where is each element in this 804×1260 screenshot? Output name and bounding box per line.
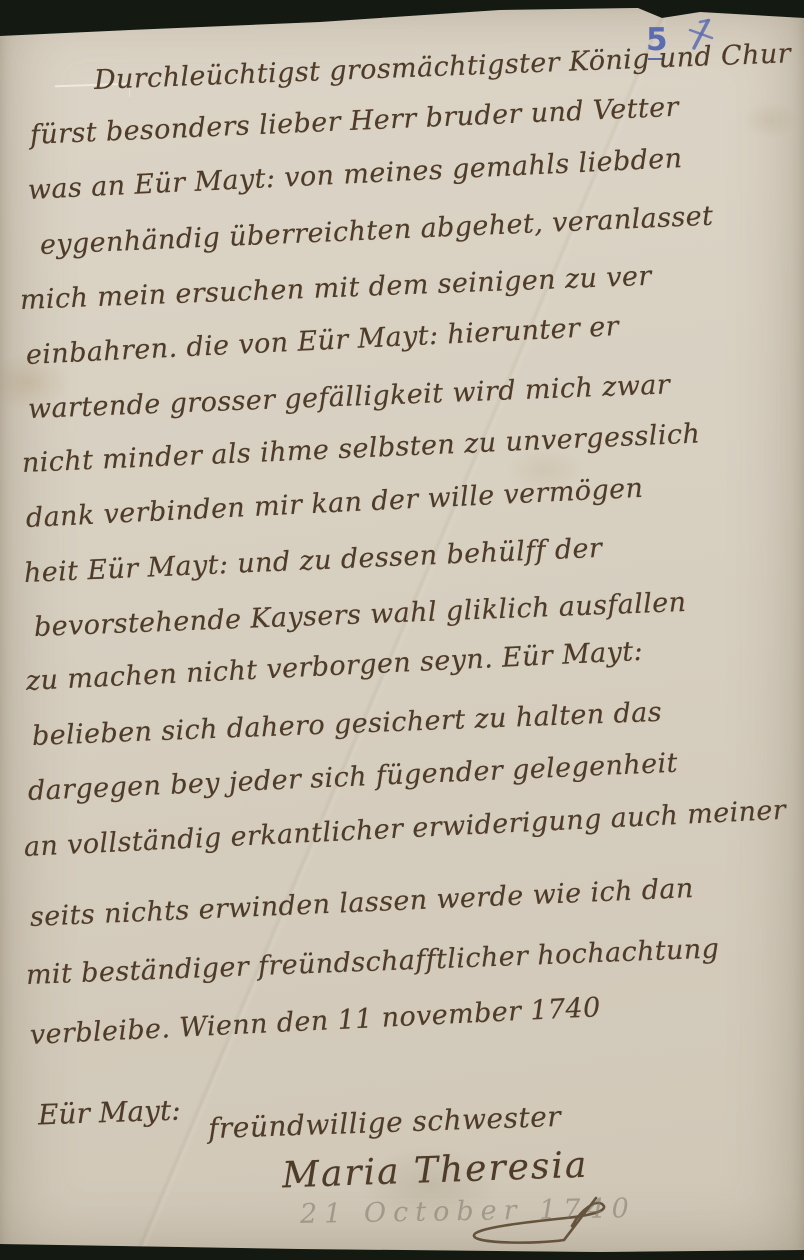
closing-addressee: Eür Mayt: <box>37 1094 181 1132</box>
letter-line: mit beständiger freündschafftlicher hoch… <box>25 933 719 991</box>
letter-line: wartende grosser gefälligkeit wird mich … <box>27 369 670 425</box>
letter-line: dank verbinden mir kan der wille vermöge… <box>25 473 644 534</box>
letter-line: zu machen nicht verborgen seyn. Eür Mayt… <box>25 636 643 697</box>
letter-line: bevorstehende Kaysers wahl gliklich ausf… <box>33 587 687 643</box>
letter-line: belieben sich dahero gesichert zu halten… <box>31 697 662 752</box>
closing-phrase: freündwillige schwester <box>208 1100 562 1145</box>
letter-line-dateline: verbleibe. Wienn den 11 november 1740 <box>29 992 601 1051</box>
letter-line: heit Eür Mayt: und zu dessen behülff der <box>23 533 603 589</box>
letter-line: mich mein ersuchen mit dem seinigen zu v… <box>19 261 652 316</box>
letter-line: seits nichts erwinden lassen werde wie i… <box>29 873 694 933</box>
letter-line: einbahren. die von Eür Mayt: hierunter e… <box>25 311 619 371</box>
letter-line: an vollständig erkantlicher erwiderigung… <box>23 795 787 863</box>
signature: Maria Theresia <box>281 1145 589 1197</box>
letter-line: eygenhändig überreichten abgehet, veranl… <box>39 201 714 261</box>
letter-line: fürst besonders lieber Herr bruder und V… <box>29 92 679 151</box>
letter-line: dargegen bey jeder sich fügender gelegen… <box>27 748 678 807</box>
letter-page: 5 Durchleüchtigst grosmächtigster König … <box>0 0 804 1260</box>
photo-background: 5 Durchleüchtigst grosmächtigster König … <box>0 0 804 1260</box>
letter-line: nicht minder als ihme selbsten zu unverg… <box>21 418 701 479</box>
letter-line: Durchleüchtigst grosmächtigster König un… <box>93 38 791 96</box>
letter-line: was an Eür Mayt: von meines gemahls lieb… <box>27 143 683 206</box>
pencil-archive-note: 21 October 1740 <box>300 1193 636 1230</box>
